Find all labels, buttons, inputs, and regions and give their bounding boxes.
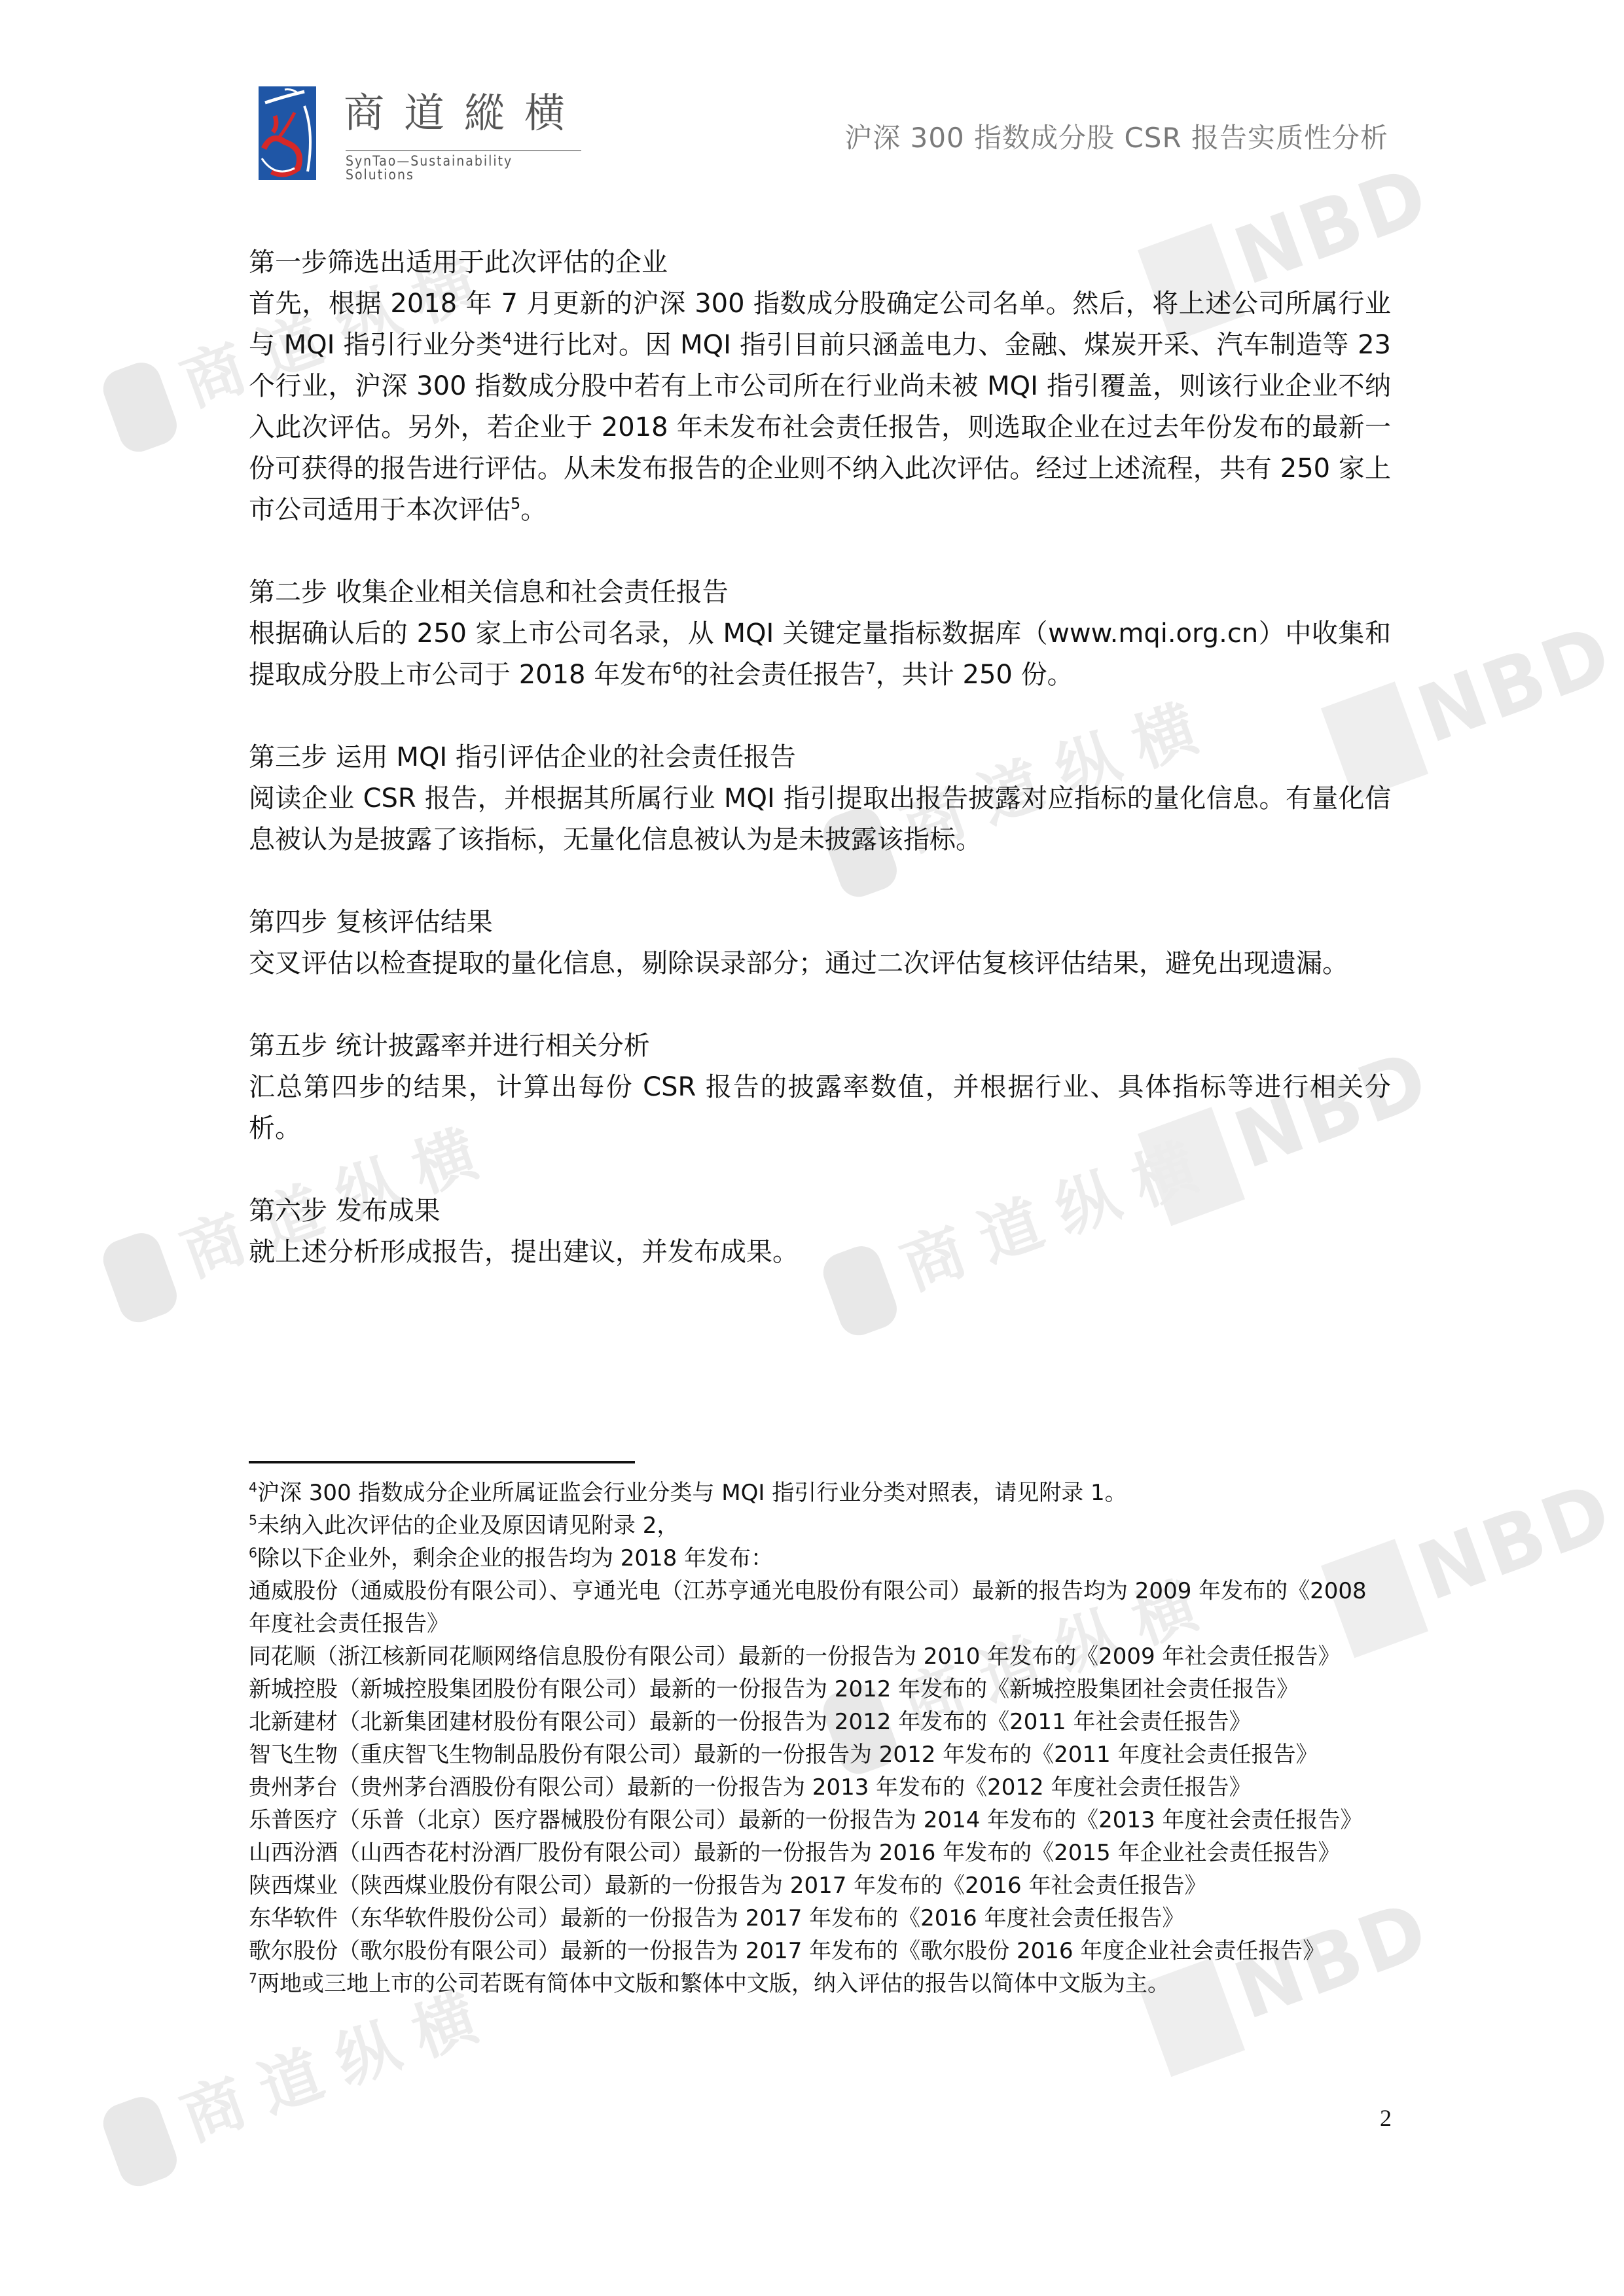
- step-paragraph: 交叉评估以检查提取的量化信息，剔除误录部分；通过二次评估复核评估结果，避免出现遗…: [249, 943, 1391, 984]
- footnote-6-item: 乐普医疗（乐普（北京）医疗器械股份有限公司）最新的一份报告为 2014 年发布的…: [249, 1804, 1391, 1837]
- footnote-5: 5未纳入此次评估的企业及原因请见附录 2，: [249, 1509, 1391, 1542]
- footnote-6-item: 通威股份（通威股份有限公司）、亨通光电（江苏亨通光电股份有限公司）最新的报告均为…: [249, 1575, 1391, 1640]
- step-3: 第三步 运用 MQI 指引评估企业的社会责任报告 阅读企业 CSR 报告，并根据…: [249, 737, 1391, 861]
- step-2: 第二步 收集企业相关信息和社会责任报告 根据确认后的 250 家上市公司名录，从…: [249, 572, 1391, 696]
- step-body: 交叉评估以检查提取的量化信息，剔除误录部分；通过二次评估复核评估结果，避免出现遗…: [249, 943, 1391, 984]
- step-body: 根据确认后的 250 家上市公司名录，从 MQI 关键定量指标数据库（www.m…: [249, 613, 1391, 696]
- step-paragraph: 汇总第四步的结果，计算出每份 CSR 报告的披露率数值，并根据行业、具体指标等进…: [249, 1067, 1391, 1149]
- step-paragraph: 首先，根据 2018 年 7 月更新的沪深 300 指数成分股确定公司名单。然后…: [249, 283, 1391, 531]
- step-4: 第四步 复核评估结果 交叉评估以检查提取的量化信息，剔除误录部分；通过二次评估复…: [249, 902, 1391, 984]
- footnote-4: 4沪深 300 指数成分企业所属证监会行业分类与 MQI 指引行业分类对照表，请…: [249, 1477, 1391, 1509]
- step-body: 就上述分析形成报告，提出建议，并发布成果。: [249, 1232, 1391, 1273]
- footnote-6-item: 智飞生物（重庆智飞生物制品股份有限公司）最新的一份报告为 2012 年发布的《2…: [249, 1738, 1391, 1771]
- step-title: 第二步 收集企业相关信息和社会责任报告: [249, 572, 1391, 613]
- logo-divider: [346, 150, 581, 151]
- step-paragraph: 阅读企业 CSR 报告，并根据其所属行业 MQI 指引提取出报告披露对应指标的量…: [249, 778, 1391, 861]
- footnote-6: 6除以下企业外，剩余企业的报告均为 2018 年发布：: [249, 1542, 1391, 1575]
- footnote-7: 7两地或三地上市的公司若既有简体中文版和繁体中文版，纳入评估的报告以简体中文版为…: [249, 1967, 1391, 2000]
- step-paragraph: 就上述分析形成报告，提出建议，并发布成果。: [249, 1232, 1391, 1273]
- footnote-separator: [249, 1461, 635, 1463]
- footnote-6-item: 陕西煤业（陕西煤业股份有限公司）最新的一份报告为 2017 年发布的《2016 …: [249, 1869, 1391, 1902]
- footnote-6-item: 贵州茅台（贵州茅台酒股份有限公司）最新的一份报告为 2013 年发布的《2012…: [249, 1771, 1391, 1804]
- footnote-6-item: 东华软件（东华软件股份公司）最新的一份报告为 2017 年发布的《2016 年度…: [249, 1902, 1391, 1935]
- footnote-6-item: 歌尔股份（歌尔股份有限公司）最新的一份报告为 2017 年发布的《歌尔股份 20…: [249, 1935, 1391, 1967]
- step-1: 第一步筛选出适用于此次评估的企业 首先，根据 2018 年 7 月更新的沪深 3…: [249, 242, 1391, 531]
- syntao-logo-icon: [259, 86, 316, 180]
- logo-chinese-name: 商道縱横: [344, 93, 585, 134]
- footnote-6-item: 同花顺（浙江核新同花顺网络信息股份有限公司）最新的一份报告为 2010 年发布的…: [249, 1640, 1391, 1673]
- step-5: 第五步 统计披露率并进行相关分析 汇总第四步的结果，计算出每份 CSR 报告的披…: [249, 1026, 1391, 1149]
- step-title: 第四步 复核评估结果: [249, 902, 1391, 943]
- step-body: 阅读企业 CSR 报告，并根据其所属行业 MQI 指引提取出报告披露对应指标的量…: [249, 778, 1391, 861]
- main-content: 第一步筛选出适用于此次评估的企业 首先，根据 2018 年 7 月更新的沪深 3…: [249, 242, 1391, 1314]
- document-title: 沪深 300 指数成分股 CSR 报告实质性分析: [844, 117, 1388, 156]
- step-title: 第五步 统计披露率并进行相关分析: [249, 1026, 1391, 1067]
- footnote-ref[interactable]: 5: [511, 495, 520, 513]
- step-body: 首先，根据 2018 年 7 月更新的沪深 300 指数成分股确定公司名单。然后…: [249, 283, 1391, 531]
- logo-english-name: SynTao—Sustainability Solutions: [346, 154, 586, 182]
- step-body: 汇总第四步的结果，计算出每份 CSR 报告的披露率数值，并根据行业、具体指标等进…: [249, 1067, 1391, 1149]
- step-title: 第六步 发布成果: [249, 1191, 1391, 1232]
- page-header: 商道縱横 SynTao—Sustainability Solutions 沪深 …: [0, 0, 1624, 216]
- footnote-ref[interactable]: 4: [502, 330, 512, 348]
- footnote-6-item: 山西汾酒（山西杏花村汾酒厂股份有限公司）最新的一份报告为 2016 年发布的《2…: [249, 1837, 1391, 1869]
- step-title: 第三步 运用 MQI 指引评估企业的社会责任报告: [249, 737, 1391, 778]
- footnote-6-item: 北新建材（北新集团建材股份有限公司）最新的一份报告为 2012 年发布的《201…: [249, 1706, 1391, 1738]
- step-title: 第一步筛选出适用于此次评估的企业: [249, 242, 1391, 283]
- footnote-6-item: 新城控股（新城控股集团股份有限公司）最新的一份报告为 2012 年发布的《新城控…: [249, 1673, 1391, 1706]
- footnotes: 4沪深 300 指数成分企业所属证监会行业分类与 MQI 指引行业分类对照表，请…: [249, 1461, 1391, 2000]
- step-paragraph: 根据确认后的 250 家上市公司名录，从 MQI 关键定量指标数据库（www.m…: [249, 613, 1391, 696]
- footnote-ref[interactable]: 6: [672, 660, 682, 678]
- step-6: 第六步 发布成果 就上述分析形成报告，提出建议，并发布成果。: [249, 1191, 1391, 1273]
- footnote-ref[interactable]: 7: [866, 660, 876, 678]
- syntao-logo: 商道縱横 SynTao—Sustainability Solutions: [259, 86, 586, 181]
- page-number: 2: [1380, 2104, 1392, 2132]
